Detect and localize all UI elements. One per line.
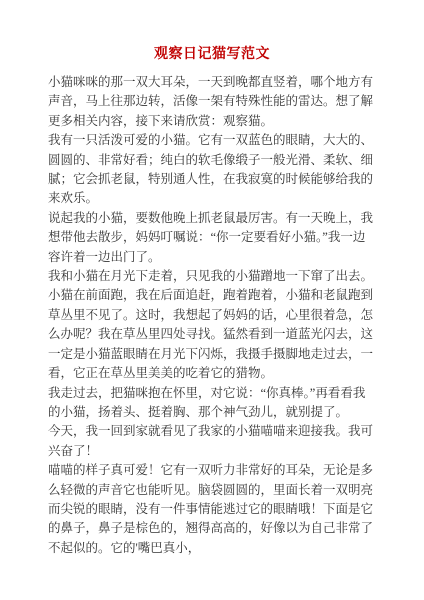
paragraph: 我和小猫在月光下走着，只见我的小猫蹭地一下窜了出去。小猫在前面跑，我在后面追赶，… [48, 267, 374, 383]
paragraph: 说起我的小猫，要数他晚上抓老鼠最厉害。有一天晚上，我想带他去散步，妈妈叮嘱说：“… [48, 209, 374, 267]
document-body: 小猫咪咪的那一双大耳朵，一天到晚都直竖着，哪个地方有声音，马上往那边转，活像一架… [48, 73, 374, 558]
paragraph: 小猫咪咪的那一双大耳朵，一天到晚都直竖着，哪个地方有声音，马上往那边转，活像一架… [48, 73, 374, 131]
document-page: 观察日记猫写范文 小猫咪咪的那一双大耳朵，一天到晚都直竖着，哪个地方有声音，马上… [0, 0, 424, 600]
paragraph: 今天，我一回到家就看见了我家的小猫喵喵来迎接我。我可兴奋了！ [48, 422, 374, 461]
paragraph: 我有一只活泼可爱的小猫。它有一双蓝色的眼睛，大大的、圆圆的、非常好看；纯白的软毛… [48, 131, 374, 209]
document-title: 观察日记猫写范文 [48, 46, 376, 64]
paragraph: 我走过去，把猫咪抱在怀里，对它说：“你真棒。”再看看我的小猫，扬着头、挺着胸、那… [48, 384, 374, 423]
paragraph: 喵喵的样子真可爱！它有一双听力非常好的耳朵，无论是多么轻微的声音它也能听见。脑袋… [48, 461, 374, 558]
